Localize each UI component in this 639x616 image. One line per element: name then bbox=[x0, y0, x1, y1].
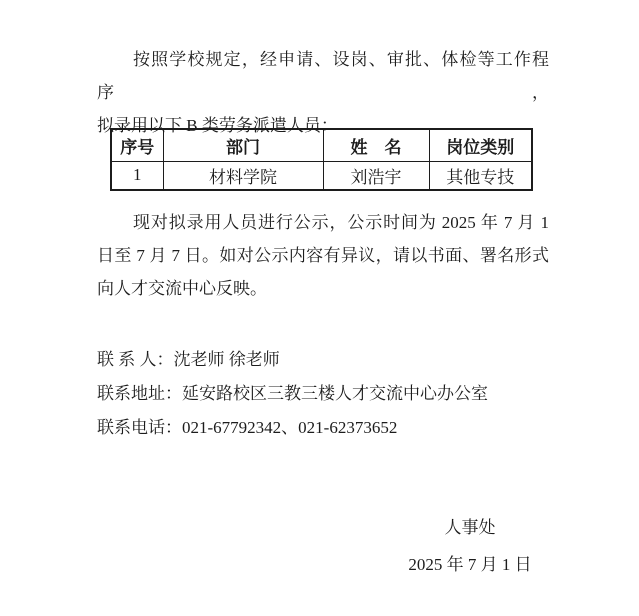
table-row: 1 材料学院 刘浩宇 其他专技 bbox=[111, 161, 532, 190]
cell-seq-no: 1 bbox=[111, 161, 163, 190]
text-line: 联系电话：021-67792342、021-62373652 bbox=[97, 411, 549, 445]
text-line: 向人才交流中心反映。 bbox=[97, 272, 549, 305]
document-page: 按照学校规定，经申请、设岗、审批、体检等工作程序，拟录用以下 B 类劳务派遣人员… bbox=[0, 0, 639, 616]
issuer-department: 人事处 bbox=[404, 513, 536, 538]
col-header-name: 姓 名 bbox=[323, 129, 429, 161]
col-header-department: 部门 bbox=[163, 129, 323, 161]
col-header-seq-no: 序号 bbox=[111, 129, 163, 161]
notice-paragraph: 现对拟录用人员进行公示，公示时间为 2025 年 7 月 1日至 7 月 7 日… bbox=[97, 206, 549, 305]
issue-date: 2025 年 7 月 1 日 bbox=[380, 550, 560, 575]
cell-name: 刘浩宇 bbox=[323, 161, 429, 190]
recruitment-table: 序号 部门 姓 名 岗位类别 1 材料学院 刘浩宇 其他专技 bbox=[110, 128, 533, 191]
text-line: 现对拟录用人员进行公示，公示时间为 2025 年 7 月 1 bbox=[97, 206, 549, 239]
col-header-post-category: 岗位类别 bbox=[429, 129, 532, 161]
table-header-row: 序号 部门 姓 名 岗位类别 bbox=[111, 129, 532, 161]
text-line: 日至 7 月 7 日。如对公示内容有异议，请以书面、署名形式 bbox=[97, 239, 549, 272]
text-line: 联 系 人：沈老师 徐老师 bbox=[97, 343, 549, 377]
text-line: 联系地址：延安路校区三教三楼人才交流中心办公室 bbox=[97, 377, 549, 411]
cell-post-category: 其他专技 bbox=[429, 161, 532, 190]
contact-info-block: 联 系 人：沈老师 徐老师联系地址：延安路校区三教三楼人才交流中心办公室联系电话… bbox=[97, 343, 549, 445]
cell-department: 材料学院 bbox=[163, 161, 323, 190]
text-line: 按照学校规定，经申请、设岗、审批、体检等工作程序， bbox=[97, 43, 549, 109]
